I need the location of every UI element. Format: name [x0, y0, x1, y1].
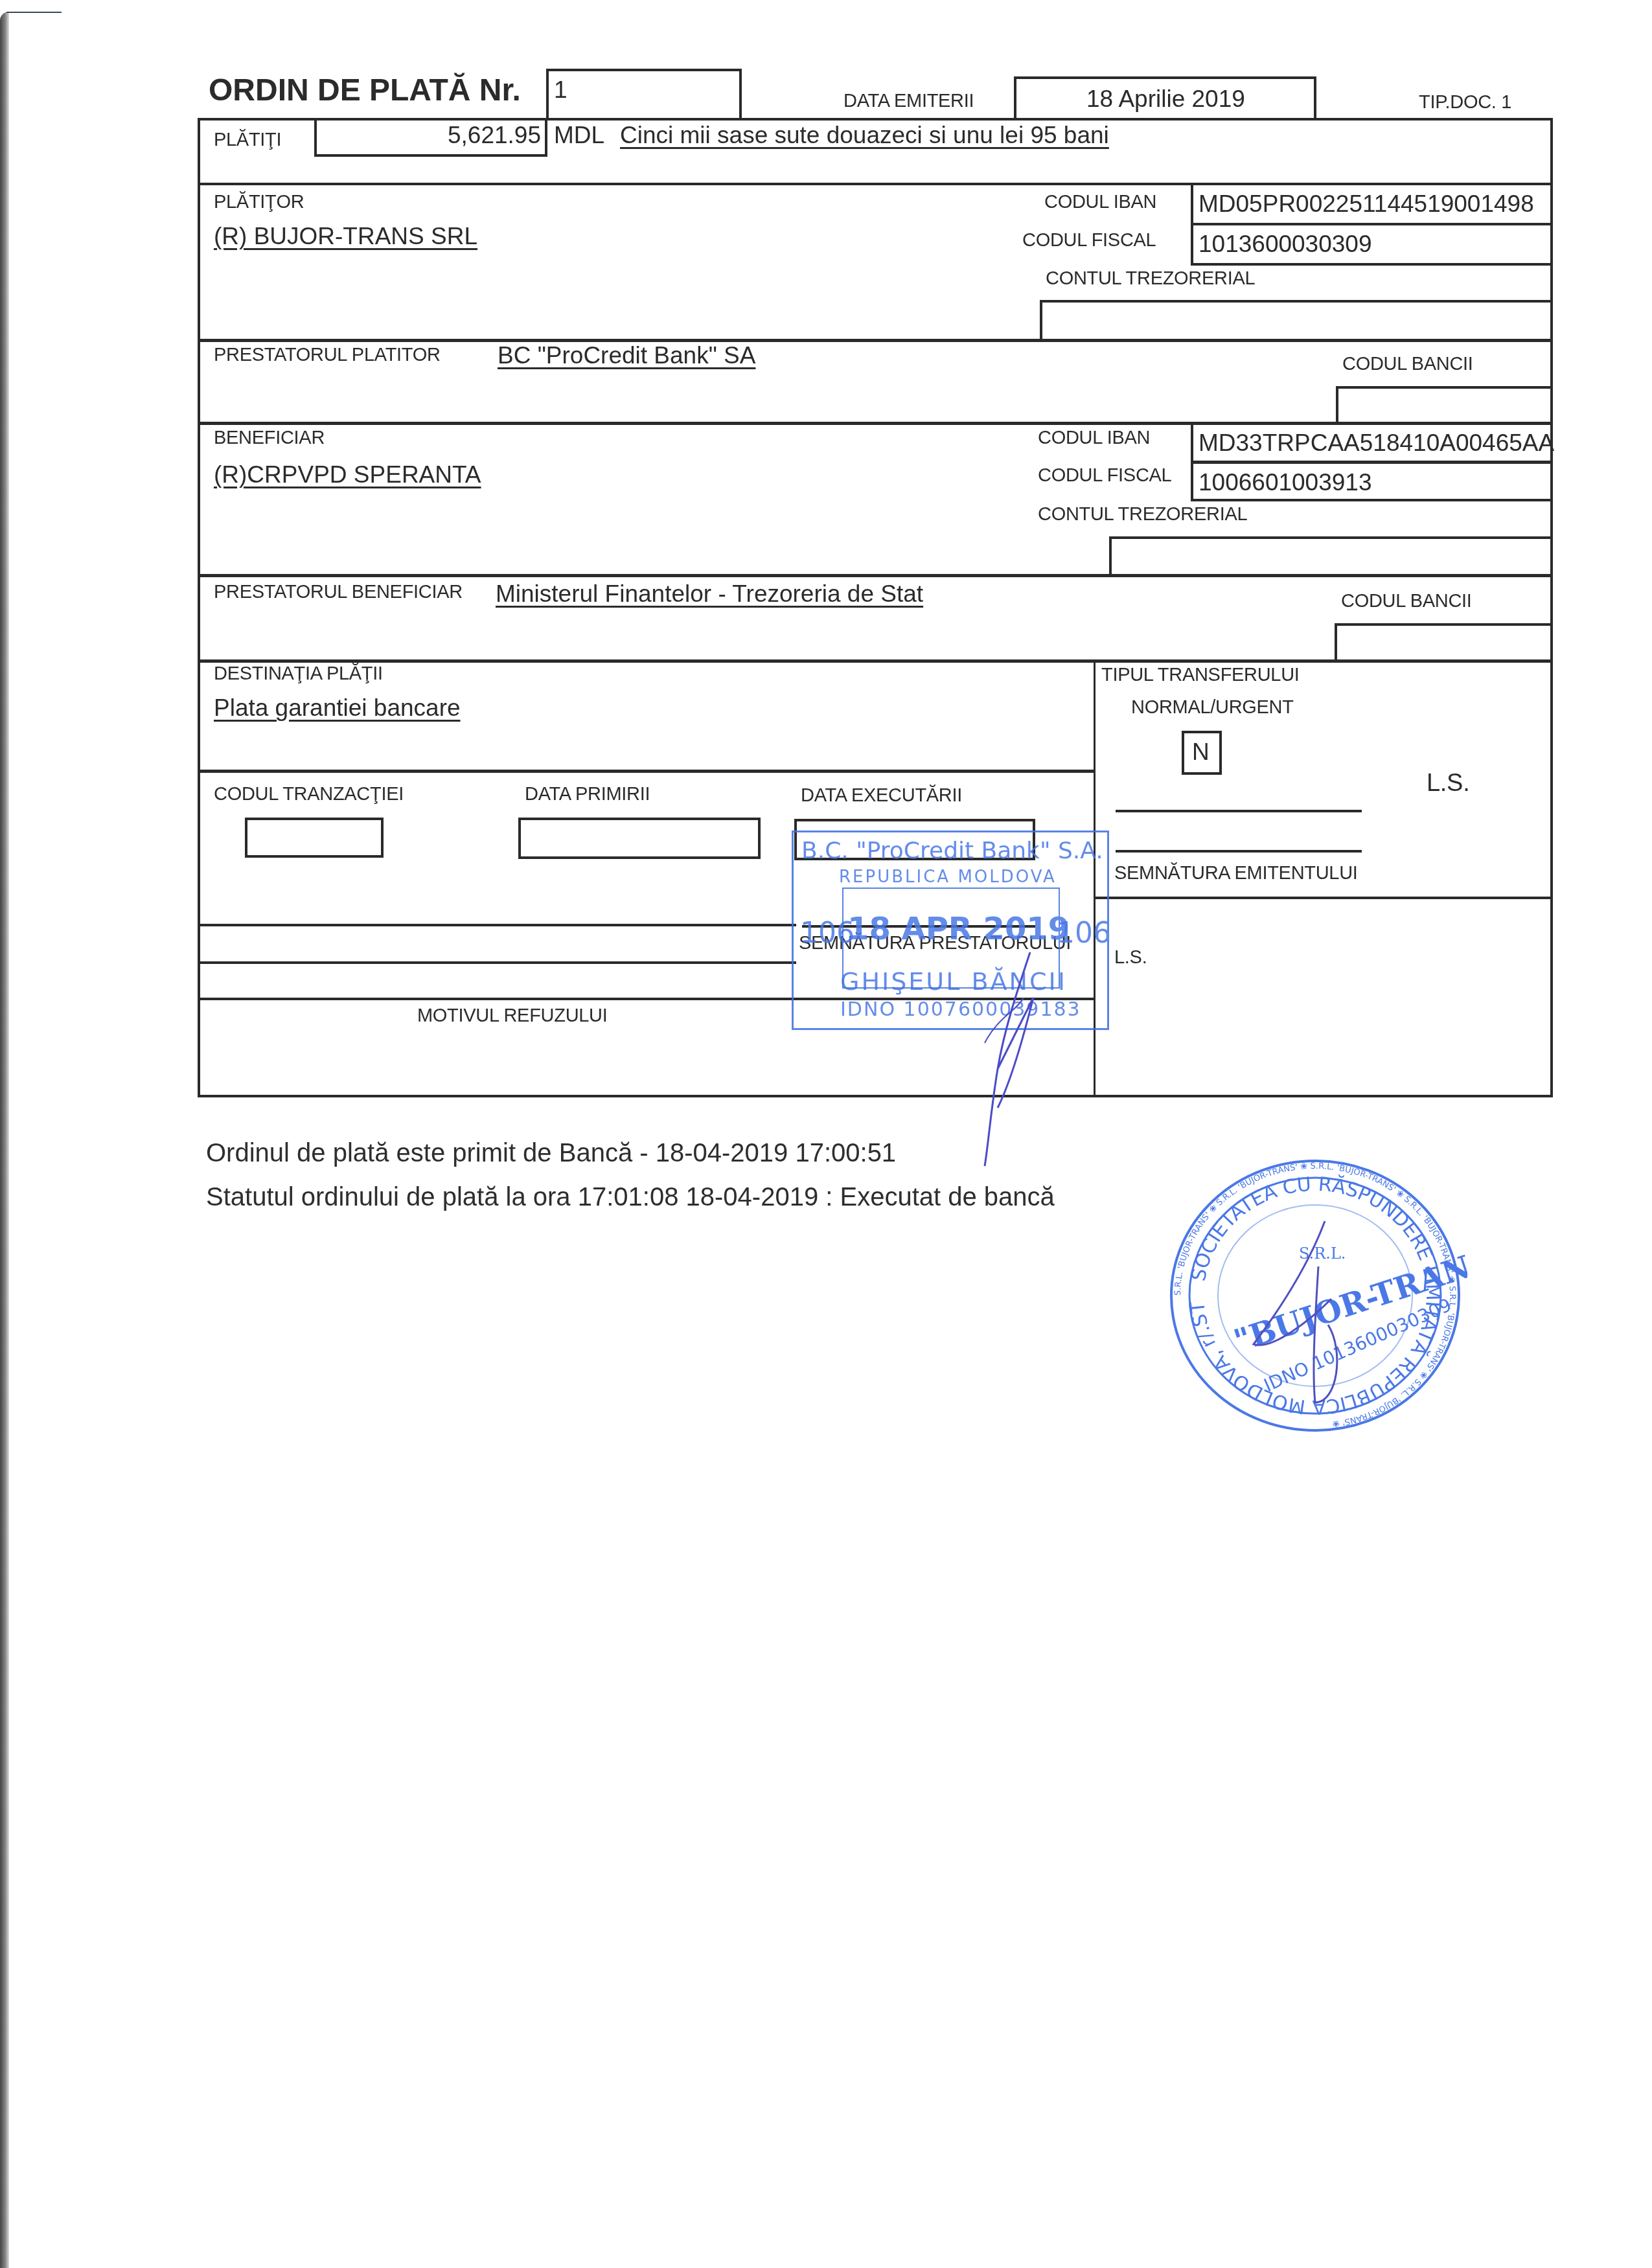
- payer-provider-name: BC "ProCredit Bank" SA: [498, 342, 755, 369]
- payer-provider-label: PRESTATORUL PLATITOR: [214, 345, 441, 366]
- execution-date-label: DATA EXECUTĂRII: [801, 785, 962, 807]
- divider: [198, 659, 1553, 663]
- divider: [1095, 897, 1553, 899]
- beneficiary-iban-value: MD33TRPCAA518410A00465AA: [1199, 430, 1554, 457]
- purpose-label: DESTINAŢIA PLĂŢII: [214, 663, 383, 685]
- divider: [198, 961, 796, 964]
- divider: [198, 770, 1094, 773]
- purpose-value: Plata garantiei bancare: [214, 694, 461, 722]
- amount-field[interactable]: 5,621.95: [314, 118, 547, 157]
- beneficiary-provider-name: Ministerul Finantelor - Trezoreria de St…: [496, 580, 923, 608]
- payer-label: PLĂTIŢOR: [214, 192, 304, 213]
- amount-label: PLĂTIŢI: [214, 130, 281, 151]
- scan-top-mark: [6, 12, 62, 13]
- beneficiary-iban-field[interactable]: MD33TRPCAA518410A00465AA: [1191, 423, 1553, 463]
- payer-iban-label: CODUL IBAN: [1044, 192, 1156, 213]
- beneficiary-fiscal-label: CODUL FISCAL: [1038, 465, 1171, 487]
- company-stamp: S.R.L. 'BUJOR-TRANS' ❀ S.R.L. 'BUJOR-TRA…: [1163, 1156, 1467, 1435]
- refusal-reason-label: MOTIVUL REFUZULUI: [417, 1005, 608, 1027]
- issuer-signature-label: SEMNĂTURA EMITENTULUI: [1114, 863, 1358, 884]
- beneficiary-name: (R)CRPVPD SPERANTA: [214, 461, 481, 488]
- order-number-field[interactable]: 1: [546, 69, 742, 120]
- issuer-signature-line: [1116, 850, 1362, 853]
- transfer-type-field[interactable]: N: [1182, 731, 1222, 775]
- beneficiary-bank-code-label: CODUL BANCII: [1341, 591, 1472, 612]
- doc-type-label: TIP.DOC. 1: [1419, 92, 1511, 113]
- issue-date-field[interactable]: 18 Aprilie 2019: [1014, 76, 1316, 120]
- issuer-signature-line: [1116, 810, 1362, 812]
- ls-bottom: L.S.: [1114, 947, 1147, 968]
- payer-iban-value: MD05PR002251144519001498: [1199, 190, 1534, 218]
- beneficiary-treasury-field[interactable]: [1109, 536, 1553, 575]
- received-date-label: DATA PRIMIRII: [525, 784, 650, 805]
- bank-stamp-line1: B.C. "ProCredit Bank" S.A.: [801, 838, 1103, 864]
- bank-stamp-line2: REPUBLICA MOLDOVA: [839, 867, 1057, 887]
- bank-signature: [959, 939, 1050, 1173]
- transfer-type-label: TIPUL TRANSFERULUI: [1101, 665, 1300, 686]
- divider: [198, 574, 1553, 577]
- beneficiary-iban-label: CODUL IBAN: [1038, 428, 1150, 449]
- beneficiary-provider-label: PRESTATORUL BENEFICIAR: [214, 582, 463, 603]
- ls-top: L.S.: [1427, 770, 1469, 797]
- scan-edge-shadow: [0, 12, 9, 2268]
- beneficiary-fiscal-value: 1006601003913: [1199, 469, 1372, 496]
- transaction-code-field[interactable]: [245, 818, 384, 858]
- issue-date-value: 18 Aprilie 2019: [1086, 86, 1245, 113]
- order-number-value: 1: [554, 76, 568, 104]
- received-date-field[interactable]: [518, 818, 761, 859]
- payer-treasury-field[interactable]: [1040, 300, 1553, 339]
- divider: [198, 339, 1553, 342]
- payer-fiscal-value: 1013600030309: [1199, 231, 1372, 258]
- svg-text:S.R.L.: S.R.L.: [1299, 1244, 1346, 1263]
- received-status-line: Ordinul de plată este primit de Bancă - …: [206, 1139, 896, 1168]
- execution-status-line: Statutul ordinului de plată la ora 17:01…: [206, 1183, 1055, 1212]
- beneficiary-fiscal-field[interactable]: 1006601003913: [1191, 461, 1553, 501]
- amount-value: 5,621.95: [448, 122, 541, 149]
- payer-bank-code-field[interactable]: [1336, 386, 1553, 424]
- beneficiary-label: BENEFICIAR: [214, 428, 325, 449]
- currency: MDL: [554, 122, 604, 149]
- amount-in-words: Cinci mii sase sute douazeci si unu lei …: [620, 122, 1109, 149]
- transfer-type-value: N: [1192, 739, 1210, 766]
- transaction-code-label: CODUL TRANZACŢIEI: [214, 784, 404, 805]
- payer-fiscal-label: CODUL FISCAL: [1022, 230, 1156, 251]
- beneficiary-treasury-label: CONTUL TREZORERIAL: [1038, 504, 1247, 525]
- issue-date-label: DATA EMITERII: [843, 91, 974, 112]
- payer-treasury-label: CONTUL TREZORERIAL: [1046, 268, 1255, 290]
- payer-bank-code-label: CODUL BANCII: [1342, 354, 1473, 375]
- payer-name: (R) BUJOR-TRANS SRL: [214, 223, 477, 250]
- transfer-subtype-label: NORMAL/URGENT: [1131, 697, 1294, 718]
- page-title: ORDIN DE PLATĂ Nr.: [209, 73, 521, 108]
- payer-fiscal-field[interactable]: 1013600030309: [1191, 223, 1553, 266]
- payer-iban-field[interactable]: MD05PR002251144519001498: [1191, 184, 1553, 225]
- beneficiary-bank-code-field[interactable]: [1335, 623, 1553, 661]
- divider: [198, 924, 796, 926]
